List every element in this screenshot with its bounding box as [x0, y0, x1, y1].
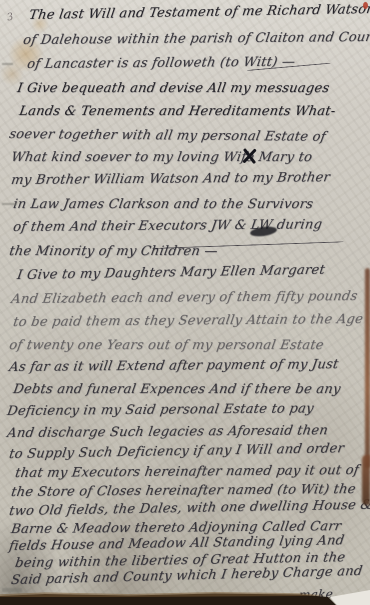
manuscript-line: I Give bequeath and devise All my messua… — [16, 81, 331, 97]
manuscript-line: Deficiency in my Said personal Estate to… — [6, 401, 315, 419]
pencil-mark — [2, 203, 17, 205]
manuscript-line: that my Executors hereinafter named pay … — [14, 463, 360, 482]
torn-bottom-edge — [0, 587, 370, 605]
manuscript-line: I Give to my Daughters Mary Ellen Margar… — [16, 263, 326, 284]
page-edge-discoloration — [362, 455, 370, 505]
manuscript-line: And Elizabeth each and every of them fif… — [10, 289, 359, 308]
manuscript-line: Debts and funeral Expences And if there … — [12, 382, 342, 398]
manuscript-line: Lands & Tenements and Hereditaments What… — [18, 104, 337, 120]
manuscript-line: to Supply Such Deficiency if any I Will … — [8, 441, 345, 462]
manuscript-line: What kind soever to my loving Wife Mary … — [10, 150, 313, 166]
manuscript-line: The last Will and Testament of me Richar… — [28, 2, 370, 24]
pencil-mark — [2, 63, 13, 65]
manuscript-line: of Dalehouse within the parish of Claito… — [22, 30, 370, 49]
manuscript-line: to be paid them as they Severally Attain… — [12, 312, 364, 331]
manuscript-line: in Law James Clarkson and to the Survivo… — [12, 197, 314, 213]
manuscript-line: And discharge Such legacies as Aforesaid… — [6, 423, 329, 441]
manuscript-line: As far as it will Extend after payment o… — [8, 357, 340, 375]
manuscript-line: of them And their Executors JW & LW duri… — [12, 217, 323, 235]
manuscript-line: soever together with all my personal Est… — [8, 127, 327, 145]
manuscript-page: 3 The last Will and Testament of me Rich… — [0, 0, 370, 605]
manuscript-line: two Old fields, the Dales, with one dwel… — [8, 498, 370, 520]
ink-cross-blot — [241, 148, 258, 165]
margin-mark: 3 — [6, 11, 15, 23]
manuscript-line: the Store of Closes hereinafter named (t… — [10, 482, 357, 501]
page-edge-discoloration — [365, 268, 370, 468]
manuscript-line: my Brother William Watson And to my Brot… — [10, 170, 331, 188]
red-corner-mark — [363, 2, 368, 9]
manuscript-line: of twenty one Years out of my personal E… — [8, 338, 325, 354]
